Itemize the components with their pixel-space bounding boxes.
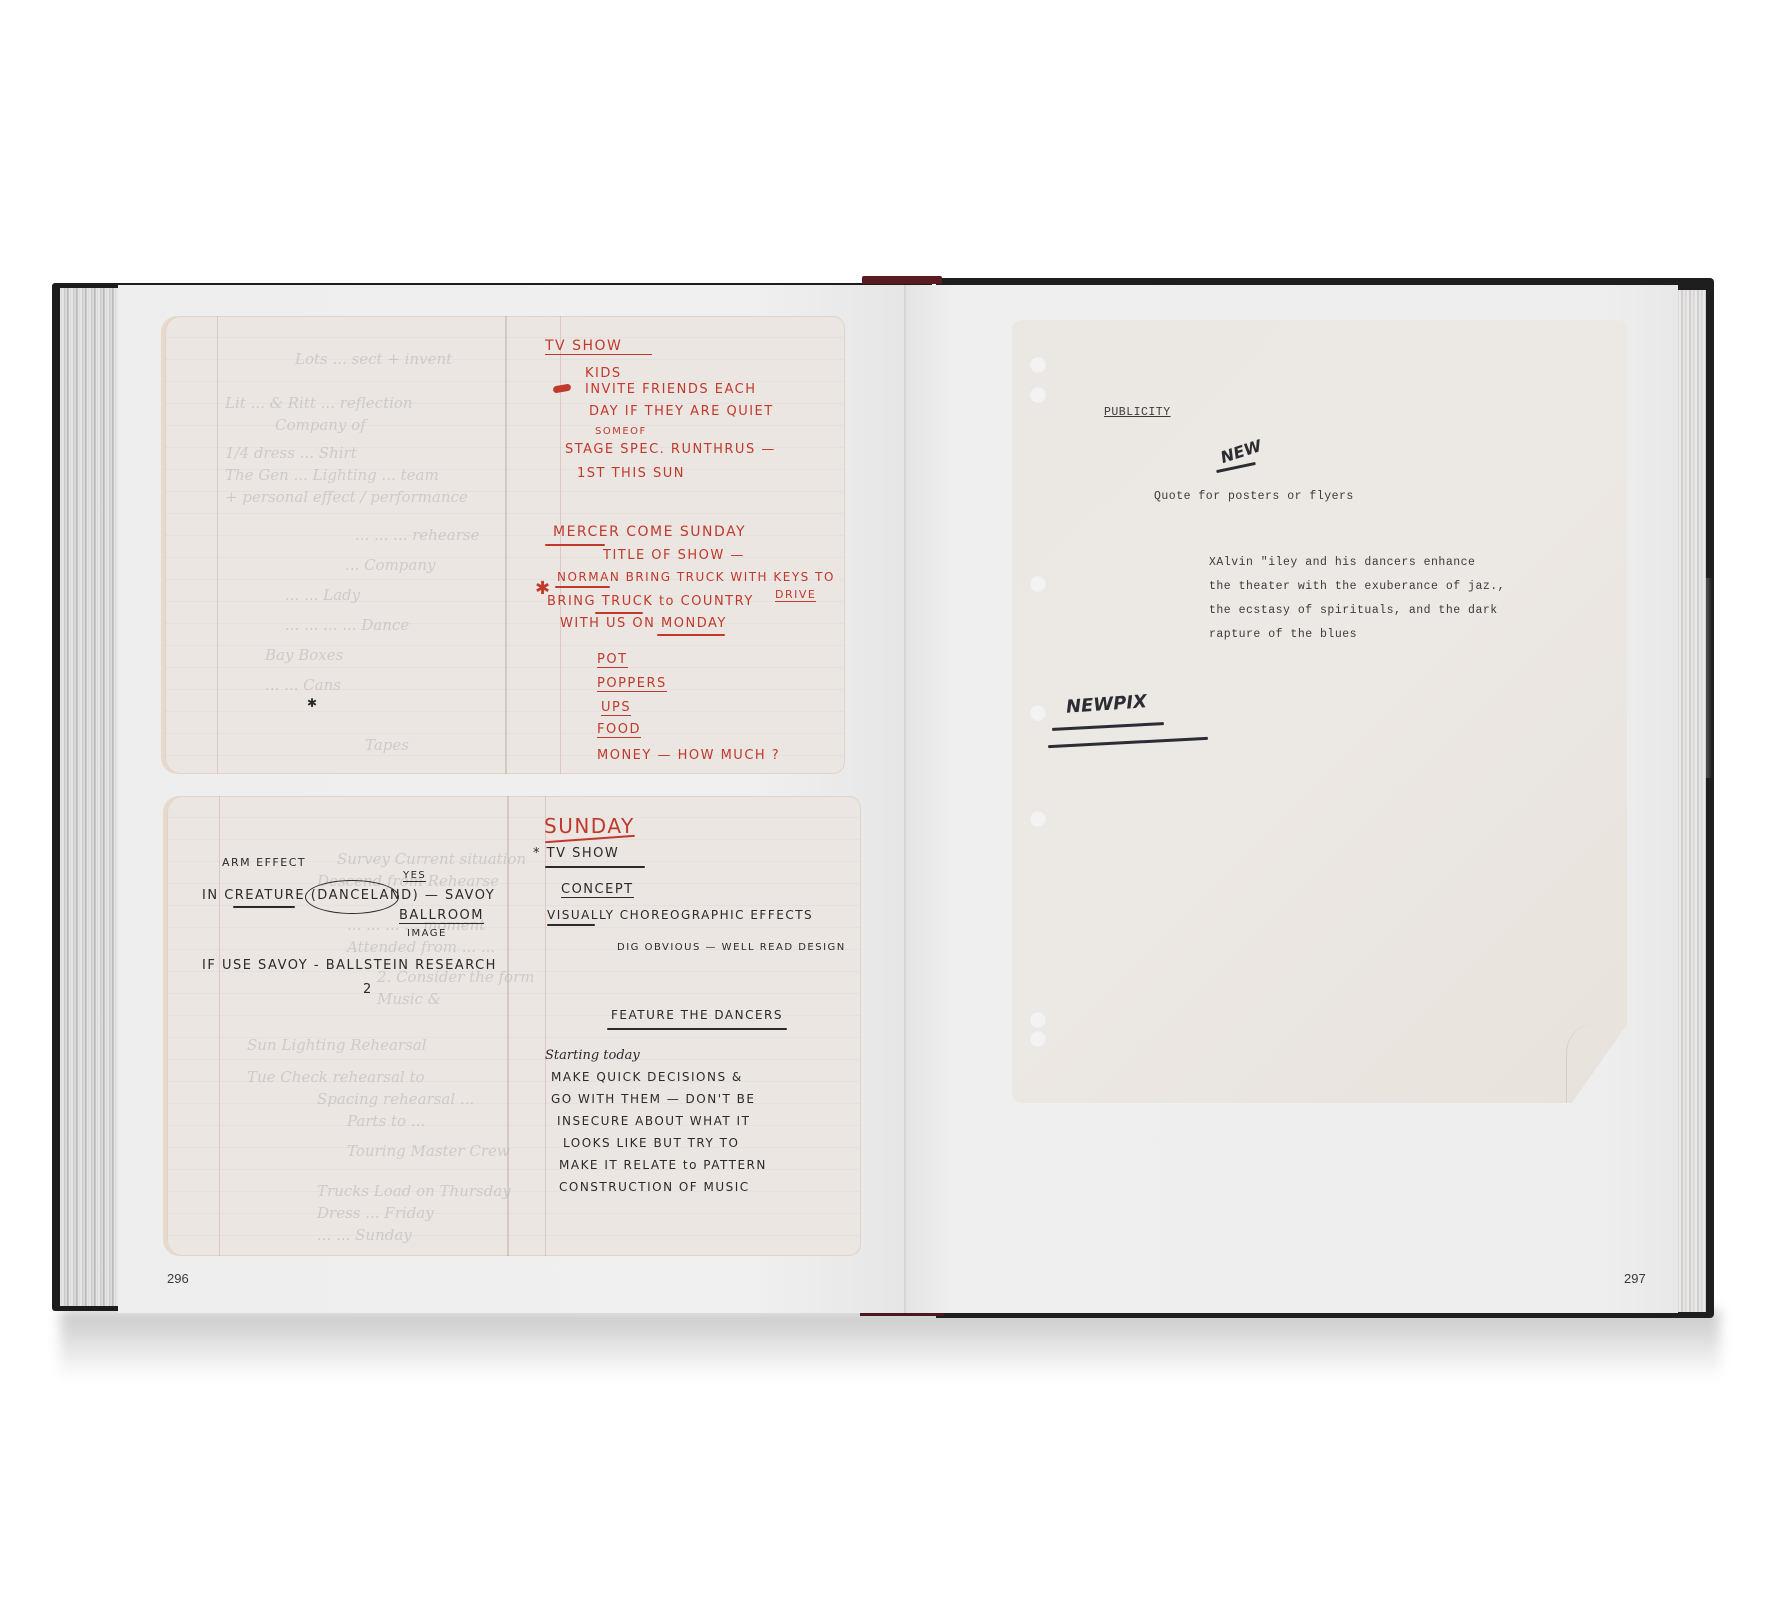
underline (547, 924, 595, 926)
handwritten-line: INVITE FRIENDS EACH (585, 382, 756, 397)
handwritten-line: LOOKS LIKE BUT TRY TO (563, 1136, 739, 1150)
handwritten-line: NORMAN BRING TRUCK WITH KEYS TO (557, 570, 835, 584)
circle-mark (305, 880, 399, 914)
faint-handwriting: Trucks Load on Thursday (317, 1182, 511, 1200)
handwritten-line: FOOD (597, 722, 641, 738)
bottom-notebook-scan: Survey Current situation Descend from Re… (167, 796, 861, 1256)
faint-handwriting: Tapes (365, 736, 409, 754)
faint-handwriting: + personal effect / performance (225, 488, 468, 506)
punch-hole (1029, 386, 1047, 404)
handwritten-line: MONEY — HOW MUCH ? (597, 748, 780, 763)
handwritten-line: INSECURE ABOUT WHAT IT (557, 1114, 750, 1128)
margin-line (217, 316, 218, 774)
handwritten-line: GO WITH THEM — DON'T BE (551, 1092, 755, 1106)
faint-handwriting: ... ... Lady (285, 586, 360, 604)
handwritten-line: DAY IF THEY ARE QUIET (589, 404, 774, 419)
faint-handwriting: Spacing rehearsal ... (317, 1090, 474, 1108)
handwritten-heading: SUNDAY (544, 814, 635, 838)
spine-headband (862, 276, 942, 284)
page-number-left: 296 (167, 1271, 189, 1286)
faint-handwriting: Dress ... Friday (317, 1204, 434, 1222)
handwritten-line: IF USE SAVOY - BALLSTEIN RESEARCH (202, 958, 497, 973)
underline (545, 544, 605, 546)
handwritten-line: Starting today (545, 1048, 640, 1063)
notebook-fold (505, 316, 507, 774)
punch-hole (1029, 810, 1047, 828)
top-notebook-scan: Lots ... sect + invent Lit ... & Ritt ..… (165, 316, 845, 774)
faint-handwriting: Sun Lighting Rehearsal (247, 1036, 427, 1054)
typed-publicity-document: PUBLICITY NEW Quote for posters or flyer… (1012, 320, 1627, 1103)
quote-line: the ecstasy of spirituals, and the dark (1209, 604, 1498, 617)
handwritten-line: * TV SHOW (533, 846, 619, 861)
faint-handwriting: Touring Master Crew (347, 1142, 510, 1160)
document-heading: PUBLICITY (1104, 406, 1171, 419)
faint-handwriting: Company of (275, 416, 366, 434)
underline (233, 906, 295, 908)
punch-hole (1029, 1011, 1047, 1029)
handwritten-line: DRIVE (775, 588, 816, 602)
quote-line: XAlvin "iley and his dancers enhance (1209, 556, 1475, 569)
handwritten-line: IMAGE (407, 928, 447, 939)
handwritten-line: BRING TRUCK to COUNTRY (547, 594, 754, 609)
faint-handwriting: 1/4 dress ... Shirt (225, 444, 357, 462)
handwritten-line: MAKE QUICK DECISIONS & (551, 1070, 743, 1084)
underline (607, 1028, 787, 1030)
book-shadow (60, 1310, 1720, 1380)
handwritten-line: UPS (601, 700, 631, 716)
underline (1052, 722, 1164, 731)
handwritten-line: DIG OBVIOUS — WELL READ DESIGN (617, 942, 846, 953)
margin-line (219, 796, 220, 1256)
handwritten-line: SOMEOF (595, 426, 647, 437)
faint-handwriting: ... ... Cans (265, 676, 341, 694)
handwritten-line: 1ST THIS SUN (577, 466, 685, 481)
handwritten-line: CONSTRUCTION OF MUSIC (559, 1180, 750, 1194)
faint-handwriting: Survey Current situation (337, 850, 526, 868)
document-subheading: Quote for posters or flyers (1154, 490, 1354, 503)
handwritten-line: 2 (363, 982, 373, 997)
faint-handwriting: ... ... Sunday (317, 1226, 412, 1244)
handwritten-line: POT (597, 652, 628, 668)
handwritten-line: WITH US ON MONDAY (560, 616, 727, 631)
punch-hole (1029, 575, 1047, 593)
handwritten-line: BALLROOM (399, 908, 484, 924)
faint-handwriting: ... ... ... ... Dance (285, 616, 409, 634)
faint-handwriting: Tue Check rehearsal to (247, 1068, 425, 1086)
quote-line: rapture of the blues (1209, 628, 1357, 641)
underline (657, 634, 725, 636)
handwritten-line: MERCER COME SUNDAY (553, 524, 746, 540)
underline (1048, 737, 1208, 748)
page-block-right-edge (1676, 290, 1706, 1312)
handwritten-annotation-newpix: NEWPIX (1065, 691, 1147, 718)
underline (545, 866, 645, 868)
faint-handwriting: Lots ... sect + invent (295, 350, 452, 368)
faint-handwriting: Lit ... & Ritt ... reflection (225, 394, 413, 412)
faint-handwriting: The Gen ... Lighting ... team (225, 466, 439, 484)
handwritten-line: TV SHOW (545, 338, 652, 355)
faint-handwriting: Parts to ... (347, 1112, 425, 1130)
quote-line: the theater with the exuberance of jaz., (1209, 580, 1505, 593)
underline (595, 612, 643, 614)
faint-handwriting: Attended from ... ... (347, 938, 495, 956)
underline (555, 586, 610, 588)
handwritten-line: CONCEPT (561, 882, 634, 898)
punch-hole (1029, 1030, 1047, 1048)
handwritten-line: STAGE SPEC. RUNTHRUS — (565, 442, 776, 457)
handwritten-line: POPPERS (597, 676, 667, 692)
handwritten-line: YES (403, 870, 426, 882)
handwritten-annotation-new: NEW (1218, 436, 1264, 467)
asterisk-mark: ✱ (307, 696, 317, 710)
faint-handwriting: Music & (377, 990, 441, 1008)
faint-handwriting: ... ... ... rehearse (355, 526, 480, 544)
handwritten-line: MAKE IT RELATE to PATTERN (559, 1158, 767, 1172)
handwritten-line: ARM EFFECT (222, 856, 306, 869)
punch-hole (1029, 704, 1047, 722)
page-gutter (904, 285, 906, 1313)
faint-handwriting: ... Company (345, 556, 435, 574)
margin-line (545, 796, 546, 1256)
faint-handwriting: Bay Boxes (265, 646, 343, 664)
punch-hole (1029, 356, 1047, 374)
handwritten-line: TITLE OF SHOW — (603, 548, 745, 563)
handwritten-line: VISUALLY CHOREOGRAPHIC EFFECTS (547, 908, 813, 922)
page-number-right: 297 (1624, 1271, 1646, 1286)
handwritten-line: FEATURE THE DANCERS (611, 1008, 783, 1022)
handwritten-line: KIDS (585, 366, 622, 381)
page-block-left-edge (60, 288, 120, 1306)
